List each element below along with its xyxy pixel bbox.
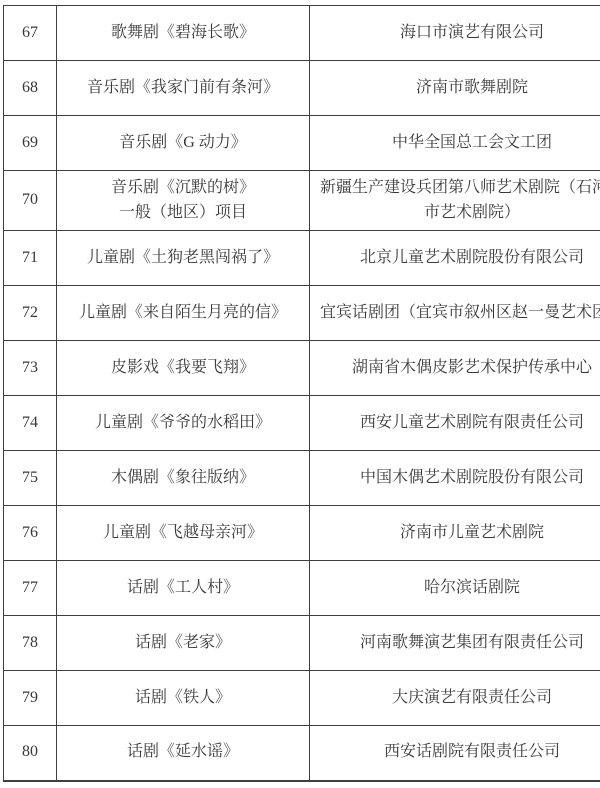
table-row: 68 音乐剧《我家门前有条河》 济南市歌舞剧院	[4, 61, 600, 116]
project-title-cell: 歌舞剧《碧海长歌》	[57, 6, 310, 61]
organization-cell: 新疆生产建设兵团第八师艺术剧院（石河子市艺术剧院）	[310, 171, 600, 231]
row-number-cell: 77	[4, 561, 57, 616]
project-title-line: 音乐剧《G 动力》	[63, 131, 303, 156]
project-title-cell: 话剧《老家》	[57, 616, 310, 671]
row-number-cell: 68	[4, 61, 57, 116]
organization-cell: 海口市演艺有限公司	[310, 6, 600, 61]
row-number-cell: 76	[4, 506, 57, 561]
project-title-line: 儿童剧《飞越母亲河》	[63, 521, 303, 546]
row-number-cell: 67	[4, 6, 57, 61]
row-number-cell: 72	[4, 286, 57, 341]
table-row: 70 音乐剧《沉默的树》一般（地区）项目 新疆生产建设兵团第八师艺术剧院（石河子…	[4, 171, 600, 231]
project-title-cell: 儿童剧《爷爷的水稻田》	[57, 396, 310, 451]
organization-cell: 济南市歌舞剧院	[310, 61, 600, 116]
table-body: 67 歌舞剧《碧海长歌》 海口市演艺有限公司 68 音乐剧《我家门前有条河》 济…	[4, 6, 600, 781]
row-number-cell: 78	[4, 616, 57, 671]
row-number-cell: 75	[4, 451, 57, 506]
table-row: 80 话剧《延水谣》 西安话剧院有限责任公司	[4, 726, 600, 781]
organization-cell: 中国木偶艺术剧院股份有限公司	[310, 451, 600, 506]
project-title-line: 话剧《延水谣》	[63, 740, 303, 765]
organization-cell: 哈尔滨话剧院	[310, 561, 600, 616]
project-title-cell: 话剧《延水谣》	[57, 726, 310, 781]
project-title-cell: 话剧《工人村》	[57, 561, 310, 616]
table-row: 75 木偶剧《象往版纳》 中国木偶艺术剧院股份有限公司	[4, 451, 600, 506]
project-list-table: 67 歌舞剧《碧海长歌》 海口市演艺有限公司 68 音乐剧《我家门前有条河》 济…	[3, 5, 600, 782]
organization-cell: 湖南省木偶皮影艺术保护传承中心	[310, 341, 600, 396]
organization-cell: 济南市儿童艺术剧院	[310, 506, 600, 561]
table-row: 79 话剧《铁人》 大庆演艺有限责任公司	[4, 671, 600, 726]
table-row: 77 话剧《工人村》 哈尔滨话剧院	[4, 561, 600, 616]
table-row: 78 话剧《老家》 河南歌舞演艺集团有限责任公司	[4, 616, 600, 671]
project-title-line2: 一般（地区）项目	[63, 201, 303, 226]
table-row: 74 儿童剧《爷爷的水稻田》 西安儿童艺术剧院有限责任公司	[4, 396, 600, 451]
project-title-line: 音乐剧《沉默的树》	[63, 176, 303, 201]
organization-cell: 北京儿童艺术剧院股份有限公司	[310, 231, 600, 286]
organization-cell: 西安话剧院有限责任公司	[310, 726, 600, 781]
project-title-line: 儿童剧《爷爷的水稻田》	[63, 411, 303, 436]
organization-cell: 大庆演艺有限责任公司	[310, 671, 600, 726]
organization-cell: 宜宾话剧团（宜宾市叙州区赵一曼艺术团）	[310, 286, 600, 341]
project-title-cell: 音乐剧《我家门前有条河》	[57, 61, 310, 116]
project-title-line: 木偶剧《象往版纳》	[63, 466, 303, 491]
project-title-line: 儿童剧《土狗老黑闯祸了》	[63, 246, 303, 271]
row-number-cell: 69	[4, 116, 57, 171]
organization-cell: 中华全国总工会文工团	[310, 116, 600, 171]
project-title-cell: 音乐剧《G 动力》	[57, 116, 310, 171]
row-number-cell: 79	[4, 671, 57, 726]
project-title-cell: 木偶剧《象往版纳》	[57, 451, 310, 506]
row-number-cell: 70	[4, 171, 57, 231]
table-row: 76 儿童剧《飞越母亲河》 济南市儿童艺术剧院	[4, 506, 600, 561]
project-title-line: 皮影戏《我要飞翔》	[63, 356, 303, 381]
project-title-cell: 儿童剧《土狗老黑闯祸了》	[57, 231, 310, 286]
row-number-cell: 74	[4, 396, 57, 451]
project-title-cell: 话剧《铁人》	[57, 671, 310, 726]
table-row: 71 儿童剧《土狗老黑闯祸了》 北京儿童艺术剧院股份有限公司	[4, 231, 600, 286]
project-title-line: 话剧《工人村》	[63, 576, 303, 601]
project-title-cell: 儿童剧《来自陌生月亮的信》	[57, 286, 310, 341]
table-row: 67 歌舞剧《碧海长歌》 海口市演艺有限公司	[4, 6, 600, 61]
project-title-line: 歌舞剧《碧海长歌》	[63, 21, 303, 46]
table-row: 73 皮影戏《我要飞翔》 湖南省木偶皮影艺术保护传承中心	[4, 341, 600, 396]
table-row: 69 音乐剧《G 动力》 中华全国总工会文工团	[4, 116, 600, 171]
project-title-line: 儿童剧《来自陌生月亮的信》	[63, 301, 303, 326]
organization-cell: 西安儿童艺术剧院有限责任公司	[310, 396, 600, 451]
row-number-cell: 73	[4, 341, 57, 396]
project-title-line: 音乐剧《我家门前有条河》	[63, 76, 303, 101]
row-number-cell: 80	[4, 726, 57, 781]
project-title-cell: 儿童剧《飞越母亲河》	[57, 506, 310, 561]
project-title-cell: 皮影戏《我要飞翔》	[57, 341, 310, 396]
organization-cell: 河南歌舞演艺集团有限责任公司	[310, 616, 600, 671]
project-title-line: 话剧《老家》	[63, 631, 303, 656]
project-title-cell: 音乐剧《沉默的树》一般（地区）项目	[57, 171, 310, 231]
project-title-line: 话剧《铁人》	[63, 686, 303, 711]
table-row: 72 儿童剧《来自陌生月亮的信》 宜宾话剧团（宜宾市叙州区赵一曼艺术团）	[4, 286, 600, 341]
row-number-cell: 71	[4, 231, 57, 286]
